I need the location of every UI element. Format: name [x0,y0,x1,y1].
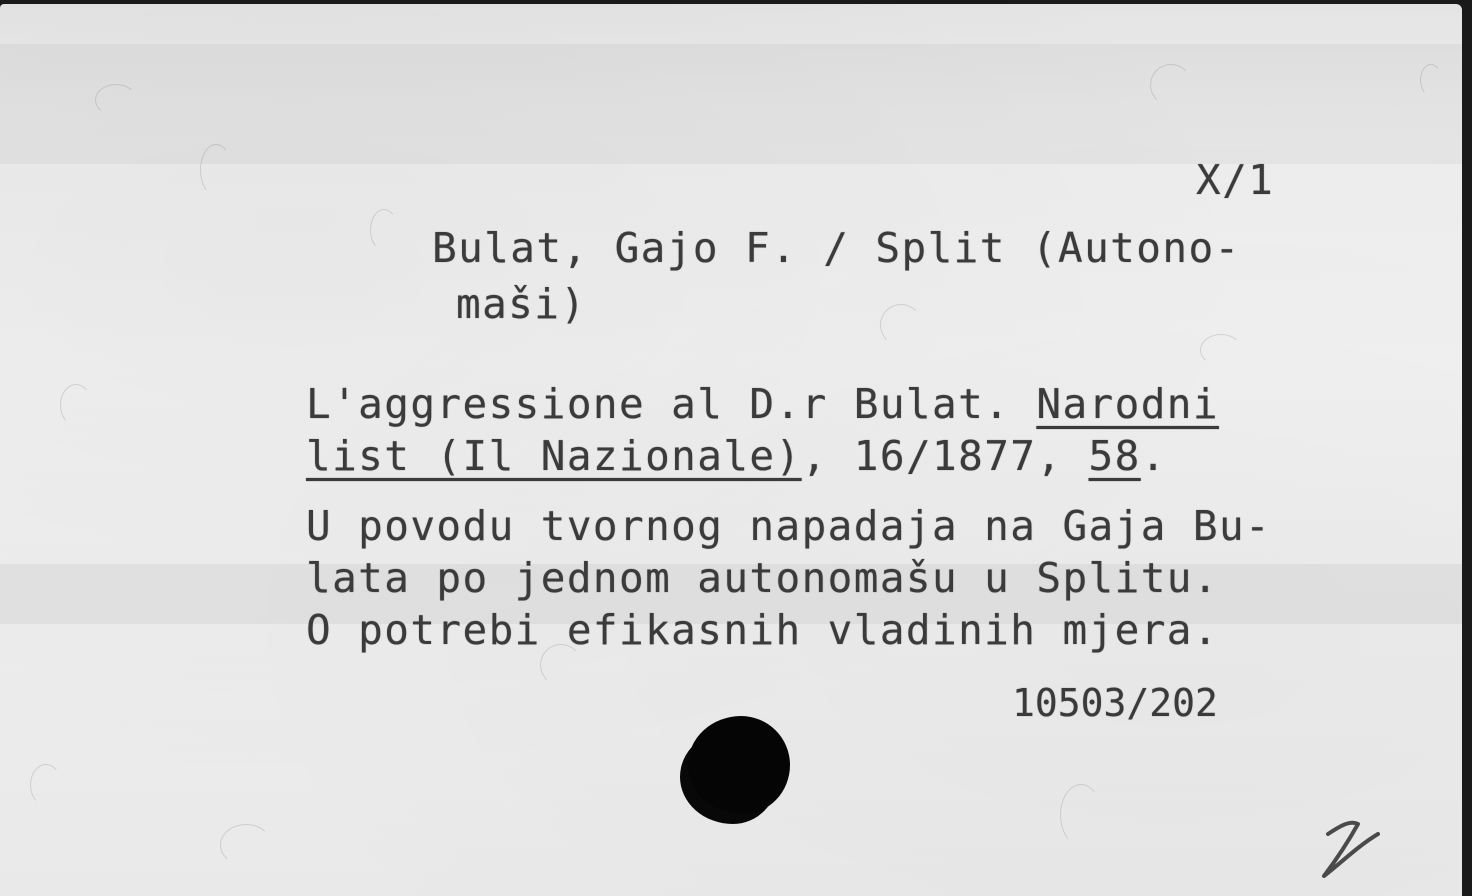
journal-title-part-1: Narodni [1036,380,1219,428]
paper-fiber [1200,334,1242,366]
shelfmark: X/1 [1196,160,1274,201]
reference-number: 10503/202 [1012,684,1218,722]
paper-fiber [1420,64,1442,96]
paper-fiber [30,764,62,806]
issue-info: , 16/1877, [802,432,1089,480]
summary-line-1: U povodu tvornog napadaja na Gaja Bu- [306,506,1271,547]
paper-fiber [370,209,398,251]
terminal-period: . [1141,432,1167,480]
paper-fiber [60,384,92,426]
paper-fiber [220,824,272,866]
journal-title-part-2: list (Il Nazionale) [306,432,802,480]
handwritten-mark-icon [1318,812,1398,882]
paper-fiber [95,84,137,116]
paper-fiber [1060,784,1102,846]
summary-line-3: O potrebi efikasnih vladinih mjera. [306,610,1219,651]
title-line-2: list (Il Nazionale), 16/1877, 58. [306,436,1167,477]
heading-line-1: Bulat, Gajo F. / Split (Autono- [432,228,1241,269]
punch-hole-icon [688,716,790,814]
catalog-card: X/1 Bulat, Gajo F. / Split (Autono- maši… [0,4,1462,896]
paper-fiber [880,304,922,346]
page-number: 58 [1089,432,1141,480]
paper-fiber [1150,64,1192,106]
title-text: L'aggressione al D.r Bulat. [306,380,1036,428]
summary-line-2: lata po jednom autonomašu u Splitu. [306,558,1219,599]
heading-line-2: maši) [456,284,586,325]
title-line-1: L'aggressione al D.r Bulat. Narodni [306,384,1219,425]
paper-fiber [200,144,232,196]
